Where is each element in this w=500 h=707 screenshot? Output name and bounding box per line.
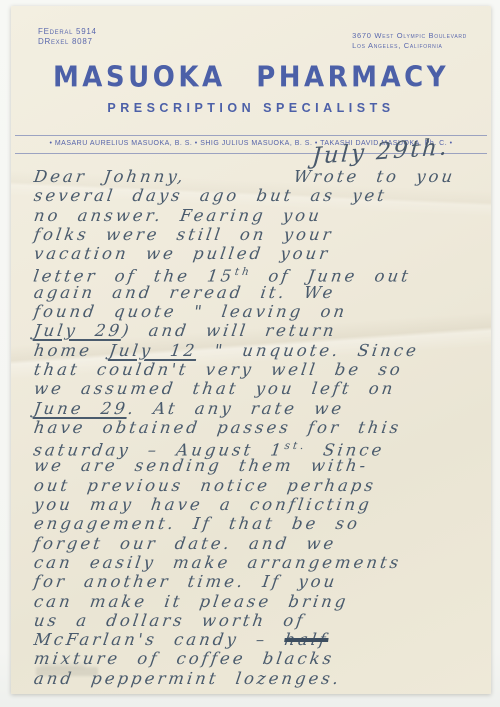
phone-line-2: DRexel 8087 [38,37,97,47]
letter-line: can make it please bring [33,592,475,611]
letter-line: home July 12 " unquote. Since [33,341,475,360]
letter-text-segment: have obtained passes for this [33,418,403,437]
letter-line: folks were still on your [33,225,475,244]
letter-text-segment: Dear Johnny, [33,167,187,186]
letter-line: us a dollars worth of [33,611,475,630]
letter-text-segment: Wrote to you [292,167,456,186]
handwritten-body: Dear Johnny,Wrote to youseveral days ago… [34,167,473,688]
letter-line: saturday – August 1st. Since [33,437,475,456]
letter-line: we are sending them with- [33,456,475,475]
letter-text-segment: that couldn't very well be so [33,360,405,379]
letter-text-segment: half [283,630,330,649]
letter-line: engagement. If that be so [33,514,475,533]
phone-line-1: FEderal 5914 [38,27,97,37]
letter-text-segment: several days ago but as yet [33,186,389,205]
letter-text-segment: you may have a conflicting [33,495,374,514]
letter-line: June 29. At any rate we [33,399,475,418]
address-line-2: Los Angeles, California [352,41,467,51]
letter-line: July 29) and will return [33,321,475,340]
letter-line: mixture of coffee blacks [33,649,475,668]
letter-line: out previous notice perhaps [33,476,475,495]
pharmacy-title: MASUOKA PHARMACY [11,62,491,94]
letter-line: McFarlan's candy – half [33,630,475,649]
scanned-letter: FEderal 5914 DRexel 8087 3670 West Olymp… [0,0,500,707]
pharmacy-subtitle: PRESCRIPTION SPECIALISTS [11,101,491,115]
letter-line: we assumed that you left on [33,379,475,398]
letter-text-segment: July 29 [33,321,124,340]
faint-pencil-mark [36,667,98,676]
letter-line: no answer. Fearing you [33,206,475,225]
letter-text-segment: out previous notice perhaps [33,476,378,495]
letter-text-segment: June 29 [33,399,130,418]
letter-text-segment: again and reread it. We [33,283,337,302]
letter-line: and peppermint lozenges. [33,669,475,688]
letter-text-segment: th [234,266,253,278]
letter-text-segment: . At any rate we [127,399,346,418]
letter-text-segment: July 12 [108,341,199,360]
address-line-1: 3670 West Olympic Boulevard [352,31,467,41]
letter-line: for another time. If you [33,572,475,591]
letter-text-segment: we assumed that you left on [33,379,397,398]
letter-text-segment: can make it please bring [33,592,350,611]
letterhead-address: 3670 West Olympic Boulevard Los Angeles,… [352,31,467,50]
letter-line: several days ago but as yet [33,186,475,205]
letter-line: you may have a conflicting [33,495,475,514]
letter-line: vacation we pulled your [33,244,475,263]
letter-text-segment: st. [284,440,308,452]
letter-text-segment: folks were still on your [33,225,335,244]
letter-line: found quote " leaving on [33,302,475,321]
letter-text-segment: home [33,341,111,360]
letter-text-segment: us a dollars worth of [33,611,307,630]
letter-text-segment: we are sending them with- [33,456,370,475]
letter-text-segment: ) and will return [121,321,338,340]
letter-line: that couldn't very well be so [33,360,475,379]
letter-text-segment: no answer. Fearing you [33,206,323,225]
letter-text-segment: forget our date. and we [33,534,338,553]
letter-text-segment: vacation we pulled your [33,244,332,263]
letter-text-segment: for another time. If you [33,572,339,591]
letter-text-segment: found quote " leaving on [33,302,349,321]
letter-line: again and reread it. We [33,283,475,302]
letter-line: have obtained passes for this [33,418,475,437]
letter-line: forget our date. and we [33,534,475,553]
letter-text-segment: " unquote. Since [196,341,420,360]
letter-paper: FEderal 5914 DRexel 8087 3670 West Olymp… [11,6,491,694]
letterhead-phone-numbers: FEderal 5914 DRexel 8087 [38,27,97,47]
letter-text-segment: McFarlan's candy – [33,630,286,649]
letter-text-segment: can easily make arrangements [33,553,403,572]
letter-line: Dear Johnny,Wrote to you [33,167,475,186]
letter-line: letter of the 15th of June out [33,263,475,282]
letter-line: can easily make arrangements [33,553,475,572]
letter-text-segment: engagement. If that be so [33,514,362,533]
